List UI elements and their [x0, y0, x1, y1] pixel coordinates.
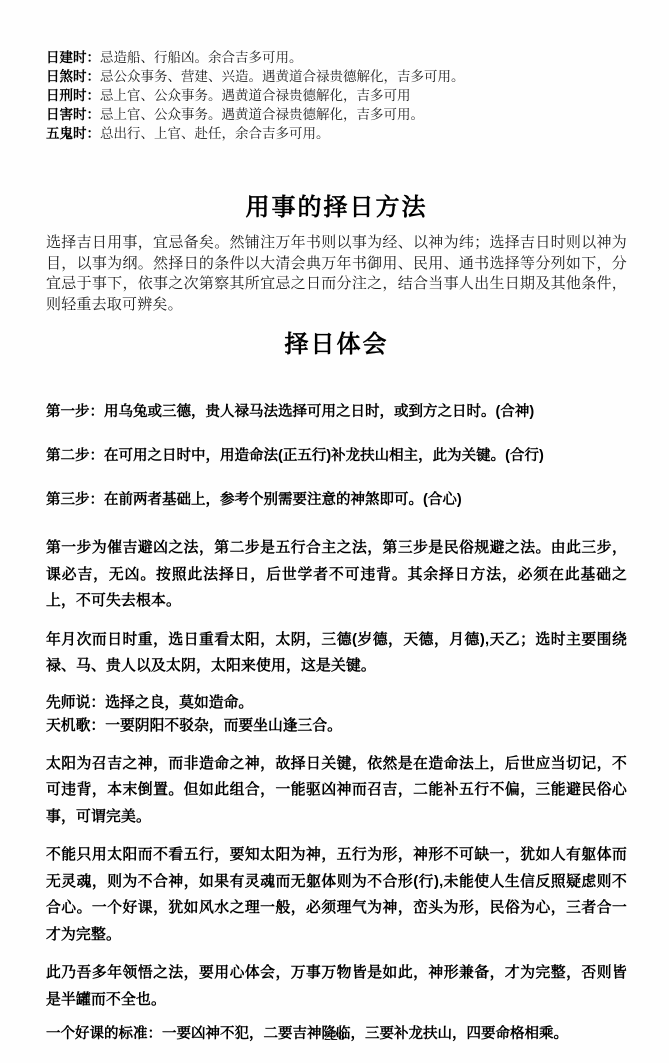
steps-list: 第一步：用乌兔或三德，贵人禄马法选择可用之日时，或到方之日时。(合神) 第二步：…: [46, 403, 627, 509]
hour-rule-xing: 日刑时：忌上官、公众事务。遇黄道合禄贵德解化，吉多可用: [46, 86, 627, 105]
step-2: 第二步：在可用之日时中，用造命法(正五行)补龙扶山相主，此为关键。(合行): [46, 447, 627, 465]
section-title-method: 用事的择日方法: [46, 187, 627, 222]
hour-rule-jian: 日建时：忌造船、行船凶。余合吉多可用。: [46, 48, 627, 67]
paragraph-year-month-day: 年月次而日时重，选日重看太阳，太阴，三德(岁德，天德，月德),天乙；选时主要围绕…: [46, 627, 627, 680]
couplet-tianji-song: 天机歌：一要阴阳不驳杂，而要坐山逢三合。: [46, 715, 627, 738]
hour-rule-label: 日刑时：: [46, 88, 100, 103]
page-number: 228: [0, 1029, 669, 1045]
hour-rule-text: 忌上官、公众事务。遇黄道合禄贵德解化，吉多可用: [100, 88, 411, 103]
hour-rule-text: 忌造船、行船凶。余合吉多可用。: [100, 50, 303, 65]
couplet-block: 先师说：选择之良，莫如造命。 天机歌：一要阴阳不驳杂，而要坐山逢三合。: [46, 692, 627, 738]
hour-rule-label: 日害时：: [46, 107, 100, 122]
hour-rule-sha: 日煞时：忌公众事务、营建、兴造。遇黄道合禄贵德解化，吉多可用。: [46, 67, 627, 86]
paragraph-spirit-and-form: 不能只用太阳而不看五行，要知太阳为神，五行为形，神形不可缺一，犹如人有躯体而无灵…: [46, 842, 627, 948]
hour-rule-label: 日煞时：: [46, 69, 100, 84]
hour-rules-list: 日建时：忌造船、行船凶。余合吉多可用。 日煞时：忌公众事务、营建、兴造。遇黄道合…: [46, 48, 627, 143]
hour-rule-label: 五鬼时：: [46, 126, 100, 141]
hour-rule-wugui: 五鬼时：总出行、上官、赴任，余合吉多可用。: [46, 124, 627, 143]
paragraph-personal-insight: 此乃吾多年领悟之法，要用心体会，万事万物皆是如此，神形兼备，才为完整，否则皆是半…: [46, 960, 627, 1013]
book-page: 日建时：忌造船、行船凶。余合吉多可用。 日煞时：忌公众事务、营建、兴造。遇黄道合…: [0, 0, 669, 1063]
step-1: 第一步：用乌兔或三德，贵人禄马法选择可用之日时，或到方之日时。(合神): [46, 403, 627, 421]
couplet-master-saying: 先师说：选择之良，莫如造命。: [46, 692, 627, 715]
step-3: 第三步：在前两者基础上，参考个别需要注意的神煞即可。(合心): [46, 491, 627, 509]
hour-rule-text: 忌上官、公众事务。遇黄道合禄贵德解化，吉多可用。: [100, 107, 424, 122]
hour-rule-text: 忌公众事务、营建、兴造。遇黄道合禄贵德解化，吉多可用。: [100, 69, 465, 84]
method-intro-paragraph: 选择吉日用事，宜忌备矣。然铺注万年书则以事为经、以神为纬；选择吉日时则以神为目，…: [46, 233, 627, 315]
paragraph-steps-summary: 第一步为催吉避凶之法，第二步是五行合主之法，第三步是民俗规避之法。由此三步，课必…: [46, 535, 627, 615]
paragraph-sun-god: 太阳为召吉之神，而非造命之神，故择日关键，依然是在造命法上，后世应当切记，不可违…: [46, 751, 627, 831]
hour-rule-text: 总出行、上官、赴任，余合吉多可用。: [100, 126, 330, 141]
hour-rule-hai: 日害时：忌上官、公众事务。遇黄道合禄贵德解化，吉多可用。: [46, 105, 627, 124]
section-title-experience: 择日体会: [46, 324, 627, 359]
hour-rule-label: 日建时：: [46, 50, 100, 65]
